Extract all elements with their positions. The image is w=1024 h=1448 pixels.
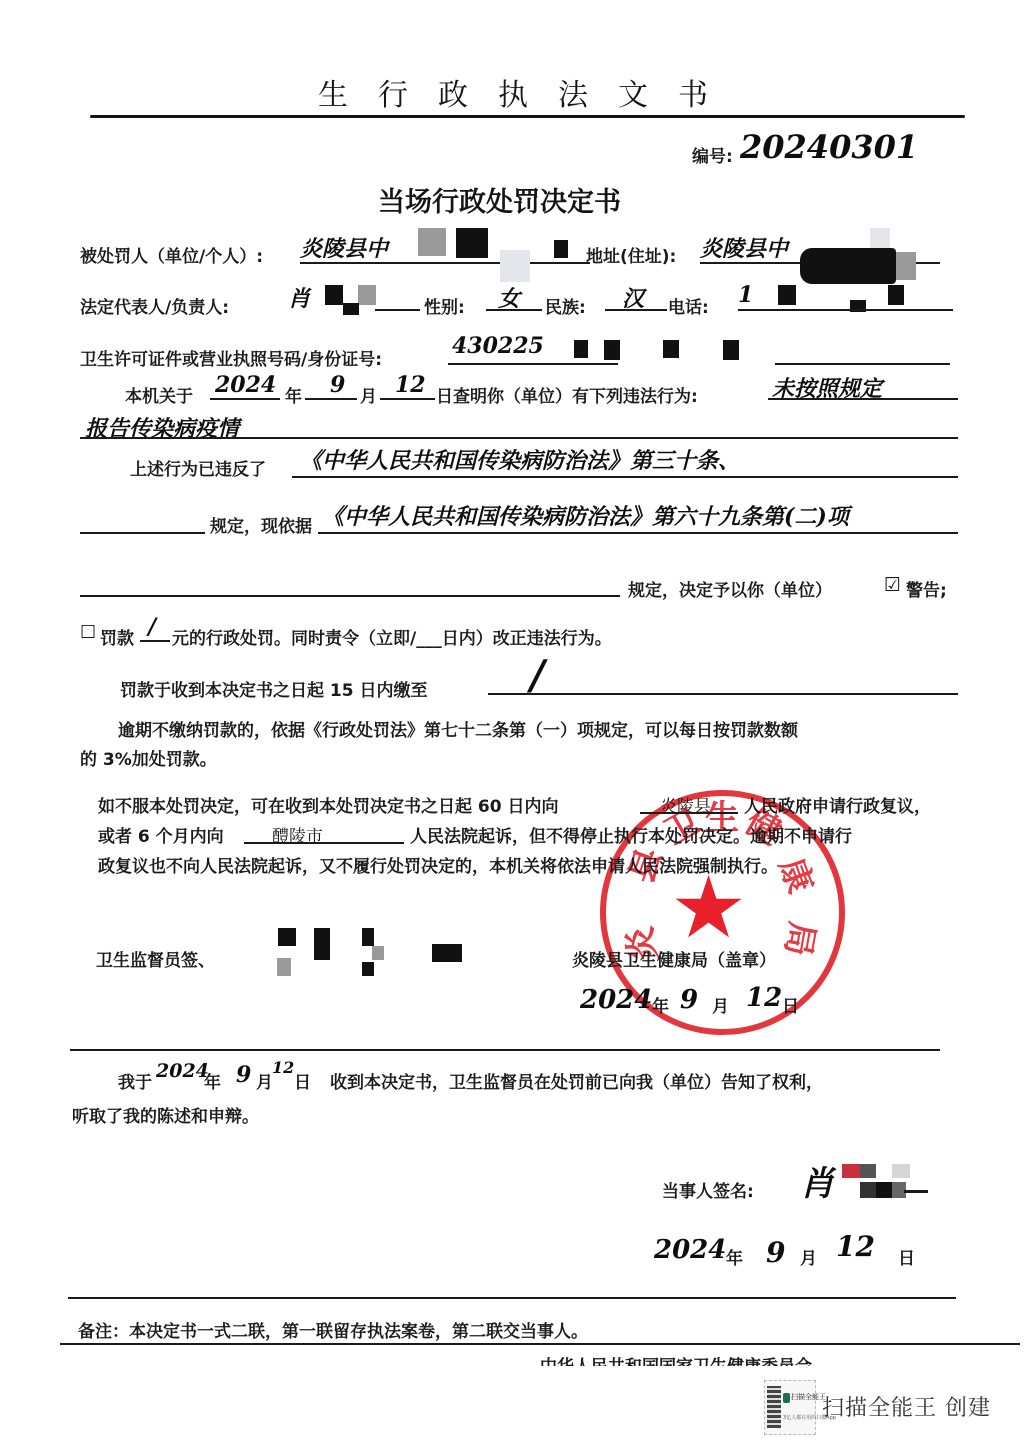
inspector-sign-label: 卫生监督员签、 <box>96 946 215 971</box>
day-unit-text: 日查明你（单位）有下列违法行为: <box>436 382 698 407</box>
date-unit: 月 <box>712 992 729 1017</box>
appeal-line-3: 政复议也不向人民法院起诉，又不履行处罚决定的，本机关将依法申请人民法院强制执行。 <box>98 852 778 877</box>
appeal-line-2-prefix: 或者 6 个月内向 <box>98 822 224 847</box>
legal-rep-label: 法定代表人/负责人: <box>80 293 229 318</box>
seal-star-icon: ★ <box>670 865 747 951</box>
date-unit: 年 <box>204 1068 221 1093</box>
date-unit: 月 <box>800 1244 817 1269</box>
overdue-line-1: 逾期不缴纳罚款的，依据《行政处罚法》第七十二条第（一）项规定，可以每日按罚款数额 <box>118 716 798 741</box>
serial-number-label: 编号: <box>692 142 733 167</box>
date-unit: 年 <box>726 1244 743 1269</box>
license-value: 430225 <box>452 333 544 359</box>
warning-label: 警告; <box>906 576 947 601</box>
payment-value: / <box>530 652 545 699</box>
date-unit: 日 <box>294 1068 311 1093</box>
party-sign-value: 肖 <box>800 1156 834 1205</box>
issuer-name-partial: 中华人民共和国国家卫生健康委员会 <box>540 1356 812 1366</box>
receipt-line-1: 收到本决定书，卫生监督员在处罚前已向我（单位）告知了权利， <box>330 1068 823 1093</box>
receipt-year: 2024 <box>156 1060 209 1082</box>
legal-rep-value: 肖 <box>288 282 310 313</box>
receipt-line-2: 听取了我的陈述和申辩。 <box>72 1102 259 1127</box>
license-label: 卫生许可证件或营业执照号码/身份证号: <box>80 345 382 370</box>
month-unit: 月 <box>360 382 377 407</box>
date-unit: 日 <box>782 992 799 1017</box>
appeal-line-1-prefix: 如不服本处罚决定，可在收到本处罚决定书之日起 60 日内向 <box>98 792 559 817</box>
party-sign-label: 当事人签名: <box>662 1177 754 1202</box>
finding-day: 12 <box>395 372 426 398</box>
decision-text: 规定，决定予以你（单位） <box>628 576 832 601</box>
party-sign-day: 12 <box>836 1230 875 1263</box>
footer-note: 备注：本决定书一式二联，第一联留存执法案卷，第二联交当事人。 <box>78 1317 588 1342</box>
qr-code-icon <box>767 1386 781 1428</box>
document-title: 当场行政处罚决定书 <box>378 180 621 219</box>
finding-year: 2024 <box>215 372 276 398</box>
header-rule <box>90 115 965 118</box>
receipt-prefix: 我于 <box>118 1068 152 1093</box>
phone-value: 1 <box>738 282 753 308</box>
party-sign-year: 2024 <box>654 1235 726 1265</box>
fine-label: 罚款 <box>100 624 134 649</box>
camscanner-logo-text: 扫描全能王 <box>791 1392 826 1402</box>
date-unit: 日 <box>898 1244 915 1269</box>
fine-checkbox[interactable]: ☐ <box>80 622 96 643</box>
appeal-line-1-suffix: 人民政府申请行政复议， <box>744 792 931 817</box>
serial-number-value: 20240301 <box>740 128 918 166</box>
violated-label: 上述行为已违反了 <box>130 455 266 480</box>
basis-label: 规定，现依据 <box>210 512 312 537</box>
fine-amount: / <box>148 614 156 640</box>
address-value: 炎陵县中 <box>700 232 788 263</box>
fine-rest: 元的行政处罚。同时责令（立即/___日内）改正违法行为。 <box>172 624 612 649</box>
payment-text: 罚款于收到本决定书之日起 15 日内缴至 <box>120 676 428 701</box>
finding-prefix: 本机关于 <box>125 382 193 407</box>
violated-law: 《中华人民共和国传染病防治法》第三十条、 <box>300 444 740 475</box>
receipt-month: 9 <box>236 1062 251 1088</box>
warning-checkbox[interactable]: ☑ <box>884 574 901 596</box>
gender-label: 性别: <box>424 293 465 318</box>
document-series-title: 生行政执法文书 <box>318 70 738 114</box>
year-unit: 年 <box>285 382 302 407</box>
agency-date-month: 9 <box>680 985 698 1015</box>
overdue-line-2: 的 3%加处罚款。 <box>80 745 217 770</box>
receipt-day: 12 <box>272 1058 294 1077</box>
ethnicity-label: 民族: <box>545 293 586 318</box>
penalized-party-label: 被处罚人（单位/个人）: <box>80 242 263 267</box>
date-unit: 月 <box>256 1068 273 1093</box>
date-unit: 年 <box>652 992 669 1017</box>
agency-name: 炎陵县卫生健康局（盖章） <box>572 946 776 971</box>
agency-date-day: 12 <box>746 983 782 1013</box>
basis-law: 《中华人民共和国传染病防治法》第六十九条第(二)项 <box>322 500 849 531</box>
phone-label: 电话: <box>668 293 709 318</box>
camscanner-label: 扫描全能王 创建 <box>822 1391 991 1422</box>
penalized-party-value: 炎陵县中 <box>300 232 388 263</box>
camscanner-logo-icon <box>783 1393 790 1403</box>
party-sign-month: 9 <box>766 1236 785 1269</box>
appeal-line-2-suffix: 人民法院起诉，但不得停止执行本处罚决定。逾期不申请行 <box>410 822 852 847</box>
agency-date-year: 2024 <box>580 985 652 1015</box>
finding-month: 9 <box>330 372 345 398</box>
address-label: 地址(住址): <box>586 242 676 267</box>
